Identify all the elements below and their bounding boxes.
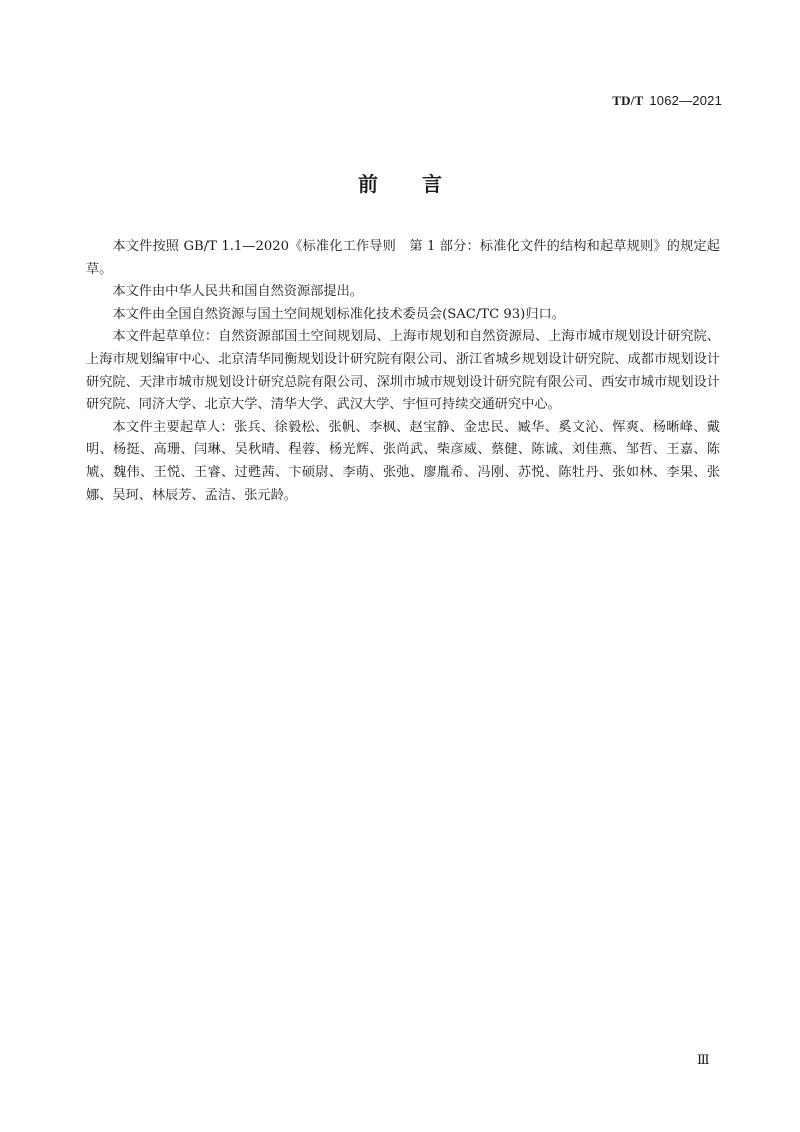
standard-number: 1062—2021 bbox=[649, 93, 722, 108]
page-number: Ⅲ bbox=[697, 1052, 710, 1068]
paragraph-drafting-rules: 本文件按照 GB/T 1.1—2020《标准化工作导则 第 1 部分：标准化文件… bbox=[86, 236, 720, 281]
title-char-1: 前 bbox=[358, 172, 378, 196]
standard-prefix: TD/T bbox=[612, 93, 643, 108]
paragraph-drafting-units: 本文件起草单位：自然资源部国土空间规划局、上海市规划和自然资源局、上海市城市规划… bbox=[86, 326, 720, 416]
foreword-body: 本文件按照 GB/T 1.1—2020《标准化工作导则 第 1 部分：标准化文件… bbox=[86, 236, 720, 507]
page-title: 前言 bbox=[0, 168, 800, 197]
paragraph-drafters: 本文件主要起草人：张兵、徐毅松、张帆、李枫、赵宝静、金忠民、臧华、奚文沁、恽爽、… bbox=[86, 417, 720, 507]
paragraph-proposer: 本文件由中华人民共和国自然资源部提出。 bbox=[86, 281, 720, 304]
title-char-2: 言 bbox=[422, 172, 442, 196]
standard-code-header: TD/T1062—2021 bbox=[612, 93, 722, 109]
paragraph-committee: 本文件由全国自然资源与国土空间规划标准化技术委员会(SAC/TC 93)归口。 bbox=[86, 304, 720, 327]
